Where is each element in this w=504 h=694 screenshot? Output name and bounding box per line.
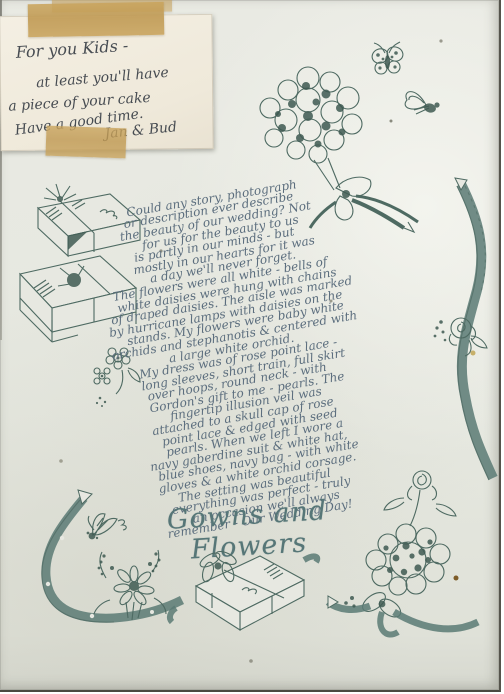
bottom-posy-illustration xyxy=(86,544,178,626)
note-line-1: For you Kids - xyxy=(15,36,129,62)
butterfly-top-illustration xyxy=(368,40,408,82)
right-ribbon-illustration xyxy=(425,176,500,488)
bottom-bouquet-illustration xyxy=(326,462,486,647)
butterfly-flying-illustration xyxy=(396,82,444,122)
gift-box-bow-icon xyxy=(168,546,320,642)
note-line-2: at least you'll have xyxy=(36,65,170,92)
scrapbook-scan: { "page": { "kind": "scanned wedding scr… xyxy=(0,0,504,694)
butterfly-icon xyxy=(368,40,408,82)
bottom-gift-box-illustration xyxy=(168,546,320,642)
ribbon-icon xyxy=(425,176,500,488)
butterfly-flying-icon xyxy=(396,82,444,122)
posy-icon xyxy=(86,544,178,626)
tape-strip-icon xyxy=(28,2,165,37)
scanned-page: For you Kids - at least you'll have a pi… xyxy=(0,0,501,692)
paper-speckles xyxy=(0,0,2,2)
round-bouquet-icon xyxy=(326,462,486,647)
tape-strip-icon xyxy=(46,126,127,159)
